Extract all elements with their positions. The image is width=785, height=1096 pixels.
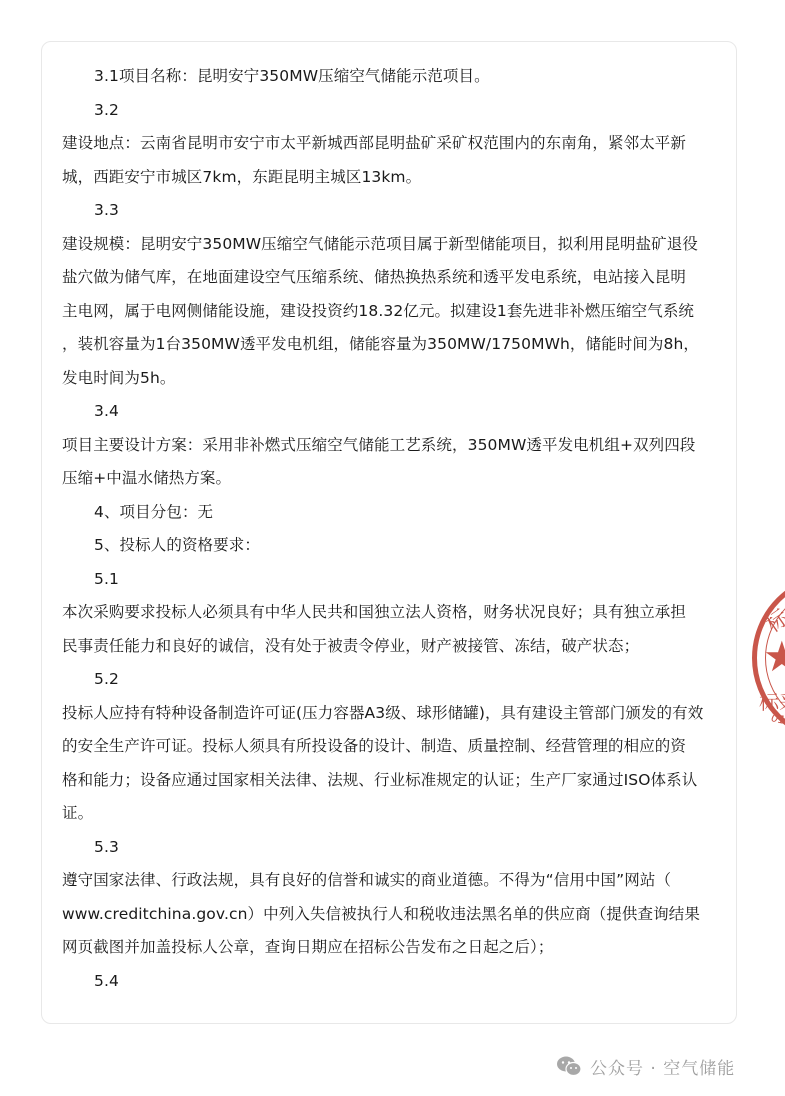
text-line: 本次采购要求投标人必须具有中华人民共和国独立法人资格，财务状况良好；具有独立承担 bbox=[62, 596, 722, 630]
star-icon: ★ bbox=[763, 636, 785, 678]
text-line: 证。 bbox=[62, 797, 722, 831]
account-name: 公众号 · 空气储能 bbox=[590, 1054, 735, 1079]
section-heading: 4、项目分包：无 bbox=[62, 496, 722, 530]
section-number: 3.3 bbox=[62, 194, 722, 228]
text-line: 建设地点：云南省昆明市安宁市太平新城西部昆明盐矿采矿权范围内的东南角，紧邻太平新 bbox=[62, 127, 722, 161]
section-number: 5.3 bbox=[62, 831, 722, 865]
text-line: 民事责任能力和良好的诚信，没有处于被责令停业，财产被接管、冻结，破产状态； bbox=[62, 630, 722, 664]
section-number: 5.4 bbox=[62, 965, 722, 999]
section-number: 5.1 bbox=[62, 563, 722, 597]
wechat-icon bbox=[556, 1055, 582, 1077]
text-line: 压缩+中温水储热方案。 bbox=[62, 462, 722, 496]
text-line: 遵守国家法律、行政法规，具有良好的信誉和诚实的商业道德。不得为“信用中国”网站（ bbox=[62, 864, 722, 898]
text-line: 城，西距安宁市城区7km，东距昆明主城区13km。 bbox=[62, 161, 722, 195]
text-line: 项目主要设计方案：采用非补燃式压缩空气储能工艺系统，350MW透平发电机组+双列… bbox=[62, 429, 722, 463]
text-line: 建设规模：昆明安宁350MW压缩空气储能示范项目属于新型储能项目，拟利用昆明盐矿… bbox=[62, 228, 722, 262]
section-number: 3.2 bbox=[62, 94, 722, 128]
text-line: ，装机容量为1台350MW透平发电机组，储能容量为350MW/1750MWh，储… bbox=[62, 328, 722, 362]
text-line: www.creditchina.gov.cn）中列入失信被执行人和税收违法黑名单… bbox=[62, 898, 722, 932]
stamp-text-top: 标 招 bbox=[759, 584, 785, 639]
text-line: 盐穴做为储气库，在地面建设空气压缩系统、储热换热系统和透平发电系统，电站接入昆明 bbox=[62, 261, 722, 295]
text-line: 投标人应持有特种设备制造许可证(压力容器A3级、球形储罐)，具有建设主管部门颁发… bbox=[62, 697, 722, 731]
official-seal-stamp: 标 招 ★ 标采购 0101 bbox=[752, 573, 785, 743]
watermark-footer: 公众号 · 空气储能 bbox=[556, 1052, 735, 1080]
text-line: 3.1项目名称：昆明安宁350MW压缩空气储能示范项目。 bbox=[62, 60, 722, 94]
document-body: 3.1项目名称：昆明安宁350MW压缩空气储能示范项目。 3.2 建设地点：云南… bbox=[62, 60, 722, 998]
section-number: 5.2 bbox=[62, 663, 722, 697]
section-number: 3.4 bbox=[62, 395, 722, 429]
text-line: 格和能力；设备应通过国家相关法律、法规、行业标准规定的认证；生产厂家通过ISO体… bbox=[62, 764, 722, 798]
text-line: 的安全生产许可证。投标人须具有所投设备的设计、制造、质量控制、经营管理的相应的资 bbox=[62, 730, 722, 764]
text-line: 网页截图并加盖投标人公章，查询日期应在招标公告发布之日起之后）； bbox=[62, 931, 722, 965]
stamp-number: 0101 bbox=[770, 711, 785, 730]
text-line: 发电时间为5h。 bbox=[62, 362, 722, 396]
section-heading: 5、投标人的资格要求： bbox=[62, 529, 722, 563]
text-line: 主电网，属于电网侧储能设施，建设投资约18.32亿元。拟建设1套先进非补燃压缩空… bbox=[62, 295, 722, 329]
